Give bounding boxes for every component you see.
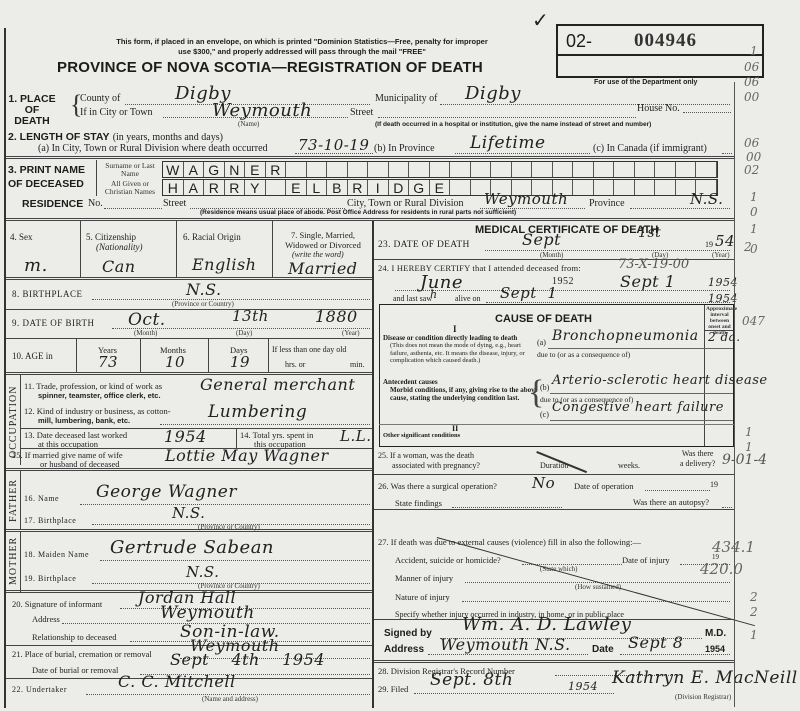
divider <box>268 338 269 372</box>
divider <box>6 338 372 339</box>
last-saw-label: and last saw <box>393 294 432 303</box>
trade-label-1: 11. Trade, profession, or kind of work a… <box>24 381 162 391</box>
cause-b-value[interactable]: Arterio-sclerotic heart disease <box>552 373 768 388</box>
letter-cell[interactable] <box>676 162 697 177</box>
year-caption: (Year) <box>342 329 360 337</box>
divider <box>374 660 734 663</box>
death-certificate: This form, if placed in an envelope, on … <box>0 0 800 711</box>
city-value[interactable]: Weymouth <box>212 100 312 121</box>
divider <box>379 424 734 425</box>
letter-cell[interactable]: I <box>368 180 389 195</box>
given-label: All Given or Christian Names <box>98 180 162 196</box>
residence-province-value[interactable]: N.S. <box>690 190 723 208</box>
letter-cell[interactable] <box>512 162 533 177</box>
municipality-label: Municipality of <box>375 93 438 104</box>
letter-cell[interactable]: R <box>204 180 225 195</box>
death-year-value[interactable]: 54 <box>715 232 735 250</box>
margin-code: 1 <box>750 44 758 58</box>
cause-a-line <box>548 348 733 349</box>
length-of-stay-heading: 2. LENGTH OF STAY (in years, months and … <box>8 131 223 143</box>
registration-number-field: 02- 004946 <box>558 26 762 56</box>
citizenship-label: 5. Citizenship <box>86 232 136 242</box>
father-side-label: FATHER <box>8 472 19 528</box>
municipality-line <box>440 104 730 105</box>
delivery-label: Was there a delivery? <box>680 449 715 469</box>
letter-cell[interactable] <box>368 162 389 177</box>
industry-label-1: 12. Kind of industry or business, as cot… <box>24 406 171 416</box>
checkmark-icon: ✓ <box>532 8 549 32</box>
registrar-signature[interactable]: Kathryn E. MacNeill <box>612 668 798 688</box>
divider <box>374 509 734 510</box>
weeks-label: weeks. <box>618 461 640 470</box>
divider <box>208 338 209 372</box>
cause-c-prefix: (c) <box>540 410 549 419</box>
operation-date-label: Date of operation <box>574 481 633 491</box>
letter-cell[interactable]: R <box>225 180 246 195</box>
spouse-label: 15. If married give name of wife or husb… <box>12 451 123 469</box>
trade-label: 11. Trade, profession, or kind of work a… <box>24 381 162 401</box>
residence-street-label: Street <box>163 198 186 209</box>
industry-label-2: mill, lumbering, bank, etc. <box>24 416 171 426</box>
informant-address-label: Address <box>32 614 60 624</box>
findings-label: State findings <box>395 498 442 508</box>
nature-label: Nature of injury <box>395 592 450 602</box>
registration-number: 004946 <box>634 30 697 52</box>
stay-province-line <box>455 153 590 154</box>
part-one-note: (This does not mean the mode of dying, e… <box>390 342 540 365</box>
margin-code: 1 <box>750 628 758 642</box>
house-label: House No. <box>637 103 680 114</box>
stay-city-label: (a) In City, Town or Rural Division wher… <box>38 143 268 154</box>
column-divider <box>372 221 374 708</box>
letter-cell[interactable]: G <box>204 162 225 177</box>
given-names-cells[interactable]: HARRYELBRIDGE <box>162 179 718 196</box>
residence-province-line <box>630 208 730 209</box>
letter-cell[interactable] <box>696 162 717 177</box>
street-line <box>378 117 636 118</box>
letter-cell[interactable] <box>307 162 328 177</box>
physician-address-label: Address <box>384 644 424 655</box>
letter-cell[interactable] <box>635 180 656 195</box>
letter-cell[interactable] <box>532 162 553 177</box>
residence-city-label: City, Town or Rural Division <box>347 198 464 209</box>
racial-origin-label: 6. Racial Origin <box>183 232 241 242</box>
delivery-label-1: Was there <box>680 449 715 459</box>
letter-cell[interactable] <box>409 162 430 177</box>
pregnancy-label-1: 25. If a woman, was the death <box>378 451 480 461</box>
dob-day-value[interactable]: 13th <box>232 307 269 325</box>
trade-label-2: spinner, teamster, office clerk, etc. <box>24 391 162 401</box>
cause-of-death-title: CAUSE OF DEATH <box>495 313 592 325</box>
mother-side-label: MOTHER <box>8 533 19 589</box>
name-divider <box>96 160 97 196</box>
letter-cell[interactable] <box>635 162 656 177</box>
age-years-value[interactable]: 73 <box>98 353 118 371</box>
certify-margin-note: 73-X-19-00 <box>618 257 689 272</box>
divider <box>140 338 141 372</box>
letter-cell[interactable] <box>450 180 471 195</box>
letter-cell[interactable] <box>594 162 615 177</box>
divider <box>6 529 372 532</box>
mother-maiden-label: 18. Maiden Name <box>24 550 89 559</box>
less-day-label: If less than one day old <box>272 345 346 354</box>
filed-label: 29. Filed <box>378 684 408 694</box>
total-years-value[interactable]: L.L. <box>340 427 371 445</box>
margin-code: 434.1 <box>712 538 755 556</box>
father-birthplace-value[interactable]: N.S. <box>172 504 205 522</box>
brace-icon: { <box>528 376 544 410</box>
due-to-label-1: due to (or as a consequence of) <box>537 350 630 359</box>
place-of-death-label: 1. PLACE OF DEATH <box>8 94 56 127</box>
injury-date-label: Date of injury <box>622 555 670 565</box>
pregnancy-label-2: associated with pregnancy? <box>378 461 480 471</box>
md-label: M.D. <box>705 628 726 639</box>
department-note: For use of the Department only <box>594 79 697 86</box>
letter-cell[interactable]: Y <box>245 180 266 195</box>
sex-label: 4. Sex <box>10 232 33 242</box>
registrar-caption: (Division Registrar) <box>675 693 731 701</box>
operation-date-line <box>645 490 710 491</box>
divider <box>236 428 237 448</box>
margin-code: 06 <box>744 136 759 150</box>
operation-year-prefix: 19 <box>710 480 718 489</box>
month-caption: (Month) <box>134 329 157 337</box>
burial-place-label: 21. Place of burial, cremation or remova… <box>12 649 152 659</box>
cause-c-line <box>550 420 733 421</box>
print-name-label: 3. PRINT NAME OF DECEASED <box>8 163 85 191</box>
industry-line <box>160 424 370 425</box>
cause-c-value[interactable]: Congestive heart failure <box>552 400 724 415</box>
death-day-value[interactable]: 1st <box>638 225 661 241</box>
divider <box>6 218 734 221</box>
letter-cell[interactable]: N <box>225 162 246 177</box>
letter-cell[interactable]: L <box>307 180 328 195</box>
part-one-label: I <box>453 324 457 334</box>
death-year-caption: (Year) <box>712 251 730 259</box>
letter-cell[interactable] <box>450 162 471 177</box>
father-name-label: 16. Name <box>24 494 59 503</box>
last-worked-label: 13. Date deceased last worked at this oc… <box>24 431 127 449</box>
manner-label: Manner of injury <box>395 573 453 583</box>
father-name-line <box>80 504 370 505</box>
letter-cell[interactable] <box>389 162 410 177</box>
margin-code: 2 <box>750 605 758 619</box>
informant-address-value[interactable]: Weymouth <box>160 603 255 623</box>
surgery-label: 26. Was there a surgical operation? <box>378 481 497 491</box>
letter-cell[interactable]: H <box>163 180 184 195</box>
stay-canada-line <box>722 153 732 154</box>
nature-line <box>462 601 730 602</box>
margin-code: 02 <box>744 163 759 177</box>
relationship-label: Relationship to deceased <box>32 632 117 642</box>
margin-code: 1 <box>750 190 758 204</box>
margin-code: 1 <box>750 222 758 236</box>
margin-code: 06 <box>744 75 759 89</box>
cause-b-prefix: (b) <box>540 383 549 392</box>
accident-label: Accident, suicide or homicide? <box>395 555 501 565</box>
letter-cell[interactable] <box>348 162 369 177</box>
cause-a-prefix: (a) <box>537 338 546 347</box>
letter-cell[interactable]: R <box>348 180 369 195</box>
letter-cell[interactable] <box>491 162 512 177</box>
alive-on-label: alive on <box>455 294 481 303</box>
place-label-text: 1. PLACE OF DEATH <box>8 93 55 127</box>
right-border <box>734 82 735 707</box>
cause-a-value[interactable]: Bronchopneumonia <box>552 328 699 344</box>
letter-cell[interactable] <box>573 162 594 177</box>
letter-cell[interactable] <box>573 180 594 195</box>
left-border <box>4 28 6 708</box>
marital-value[interactable]: Married <box>288 259 358 278</box>
undertaker-label: 22. Undertaker <box>12 685 67 694</box>
surname-cells[interactable]: WAGNER <box>162 161 718 178</box>
informant-signature-label: 20. Signature of informant <box>12 599 102 609</box>
physician-address-value[interactable]: Weymouth N.S. <box>440 635 571 654</box>
letter-cell[interactable] <box>286 162 307 177</box>
city-label: If in City or Town <box>80 107 152 118</box>
stay-city-value[interactable]: 73-10-19 <box>298 136 369 154</box>
father-name-value[interactable]: George Wagner <box>96 482 237 502</box>
notice-line-2: use $300," and properly addressed will p… <box>62 47 542 57</box>
mail-notice: This form, if placed in an envelope, on … <box>62 37 542 57</box>
surgery-value[interactable]: No <box>532 474 555 492</box>
marital-label: 7. Single, Married, Widowed or Divorced <box>276 230 370 250</box>
min-label: min. <box>350 360 364 369</box>
signature-date-line <box>620 654 730 655</box>
stay-canada-label: (c) In Canada (if immigrant) <box>593 143 707 154</box>
dob-month-value[interactable]: Oct. <box>128 310 166 330</box>
pregnancy-label: 25. If a woman, was the death associated… <box>378 451 480 471</box>
divider <box>80 221 81 277</box>
hospital-note: (If death occurred in a hospital or inst… <box>375 121 651 128</box>
residence-label: RESIDENCE <box>22 198 83 210</box>
spouse-value[interactable]: Lottie May Wagner <box>165 446 329 465</box>
letter-cell[interactable]: D <box>389 180 410 195</box>
death-month-caption: (Month) <box>540 251 563 259</box>
other-conditions-label: Other significant conditions <box>383 432 460 439</box>
house-line <box>683 112 731 113</box>
letter-cell[interactable] <box>430 162 451 177</box>
industry-label: 12. Kind of industry or business, as cot… <box>24 406 171 426</box>
stay-province-label: (b) In Province <box>374 143 435 154</box>
autopsy-label: Was there an autopsy? <box>633 497 709 507</box>
antecedent-label: Antecedent causes <box>383 378 438 386</box>
death-month-value[interactable]: Sept <box>522 230 561 249</box>
birthplace-caption: (Province or Country) <box>172 300 234 308</box>
medical-certificate-title: MEDICAL CERTIFICATE OF DEATH <box>475 224 658 236</box>
letter-cell[interactable]: E <box>286 180 307 195</box>
margin-code: 00 <box>746 150 761 164</box>
letter-cell[interactable]: B <box>327 180 348 195</box>
residence-city-value[interactable]: Weymouth <box>484 190 568 208</box>
mother-birthplace-value[interactable]: N.S. <box>186 563 219 581</box>
dob-label: 9. DATE OF BIRTH <box>12 318 94 328</box>
filed-date-value[interactable]: Sept. 8th <box>430 670 513 690</box>
letter-cell[interactable]: W <box>163 162 184 177</box>
delivery-label-2: a delivery? <box>680 459 715 469</box>
divider <box>176 221 177 277</box>
dob-year-value[interactable]: 1880 <box>315 307 358 326</box>
length-of-stay-subtitle: (in years, months and days) <box>113 132 223 143</box>
mother-birthplace-label: 19. Birthplace <box>24 574 76 583</box>
burial-date-label: Date of burial or removal <box>32 665 118 675</box>
surname-label: Surname or Last Name <box>100 162 160 178</box>
street-label: Street <box>350 107 373 118</box>
residence-no-line <box>104 208 162 209</box>
age-days-value[interactable]: 19 <box>230 353 250 371</box>
birthplace-label: 8. BIRTHPLACE <box>12 289 82 299</box>
last-worked-value[interactable]: 1954 <box>164 427 207 446</box>
physician-signature[interactable]: Wm. A. D. Lawley <box>462 614 631 635</box>
divider <box>76 338 77 372</box>
margin-code: 1 <box>745 440 753 454</box>
filed-year-value[interactable]: 1954 <box>568 680 598 693</box>
department-box: 02- 004946 <box>556 24 764 78</box>
margin-code: 420.0 <box>700 560 743 578</box>
margin-code: 00 <box>744 90 759 104</box>
citizenship-sub: (Nationality) <box>96 242 143 252</box>
letter-cell[interactable]: E <box>245 162 266 177</box>
margin-code: 047 <box>742 314 765 328</box>
signature-date-label: Date <box>592 644 614 655</box>
alive-on-line <box>486 302 730 303</box>
attended-to-value[interactable]: Sept 1 <box>620 272 675 291</box>
father-birthplace-label: 17. Birthplace <box>24 516 76 525</box>
autopsy-line <box>722 507 732 508</box>
margin-code: 2 <box>744 240 752 254</box>
letter-cell[interactable] <box>471 162 492 177</box>
burial-date-value[interactable]: Sept 4th 1954 <box>170 650 325 669</box>
birthplace-value[interactable]: N.S. <box>186 280 222 299</box>
attended-from-value[interactable]: June <box>420 272 463 293</box>
age-label: 10. AGE in <box>12 351 53 361</box>
letter-cell[interactable] <box>327 162 348 177</box>
divider <box>272 221 273 277</box>
delivery-margin-note: 9-01-4 <box>722 452 767 468</box>
margin-code: 06 <box>744 60 759 74</box>
print-name-line1: 3. PRINT NAME <box>8 163 85 177</box>
signed-by-label: Signed by <box>384 628 432 639</box>
letter-cell[interactable]: E <box>430 180 451 195</box>
racial-origin-value[interactable]: English <box>192 255 256 274</box>
undertaker-caption: (Name and address) <box>202 695 258 703</box>
physician-address-line <box>428 654 588 655</box>
letter-cell[interactable]: A <box>184 180 205 195</box>
stay-province-value[interactable]: Lifetime <box>470 133 546 153</box>
hrs-label: hrs. or <box>285 360 305 369</box>
cause-a-interval[interactable]: 2 da. <box>708 330 741 344</box>
name-caption: (Name) <box>238 120 259 128</box>
sex-value[interactable]: m. <box>24 255 48 276</box>
alive-on-value[interactable]: Sept 1 <box>500 284 557 302</box>
municipality-value[interactable]: Digby <box>465 83 521 104</box>
filed-line <box>414 693 614 694</box>
death-year-prefix: 19 <box>705 240 713 249</box>
page-title: PROVINCE OF NOVA SCOTIA—REGISTRATION OF … <box>57 59 483 76</box>
letter-cell[interactable]: G <box>409 180 430 195</box>
notice-line-1: This form, if placed in an envelope, on … <box>62 37 542 47</box>
external-causes-label: 27. If death was due to external causes … <box>378 537 641 547</box>
margin-code: 1 <box>745 425 753 439</box>
divider <box>6 468 372 471</box>
industry-value[interactable]: Lumbering <box>208 402 307 422</box>
marital-sub: (write the word) <box>292 250 344 259</box>
letter-cell[interactable]: R <box>266 162 287 177</box>
letter-cell[interactable] <box>655 180 676 195</box>
letter-cell[interactable] <box>614 162 635 177</box>
divider <box>6 645 372 646</box>
signature-date-value[interactable]: Sept 8 <box>628 633 683 652</box>
registration-prefix: 02- <box>566 31 592 52</box>
citizenship-value[interactable]: Can <box>102 257 136 276</box>
county-label: County of <box>80 93 120 104</box>
divider <box>20 471 21 529</box>
letter-cell[interactable]: A <box>184 162 205 177</box>
margin-code: 0 <box>750 205 758 219</box>
findings-line <box>452 507 562 508</box>
mother-maiden-line <box>100 560 370 561</box>
letter-cell[interactable] <box>594 180 615 195</box>
residence-province-label: Province <box>589 198 625 209</box>
length-of-stay-label: 2. LENGTH OF STAY <box>8 131 110 143</box>
date-of-death-label: 23. DATE OF DEATH <box>378 240 470 250</box>
trade-value[interactable]: General merchant <box>200 375 355 394</box>
certify-label: 24. I HEREBY CERTIFY that I attended dec… <box>378 263 581 273</box>
print-name-line2: OF DECEASED <box>8 177 85 191</box>
age-months-value[interactable]: 10 <box>165 353 185 371</box>
margin-code: 2 <box>750 590 758 604</box>
divider <box>6 156 734 159</box>
residence-note: (Residence means usual place of abode. P… <box>200 209 516 216</box>
undertaker-value[interactable]: C. C. Mitchell <box>118 672 236 691</box>
divider <box>20 532 21 592</box>
part-one-title: Disease or condition directly leading to… <box>383 334 517 342</box>
antecedent-note: Morbid conditions, if any, giving rise t… <box>390 386 538 402</box>
date-of-death-line <box>485 250 730 251</box>
mother-maiden-value[interactable]: Gertrude Sabean <box>110 537 274 558</box>
letter-cell[interactable] <box>614 180 635 195</box>
letter-cell[interactable] <box>655 162 676 177</box>
letter-cell[interactable] <box>553 162 574 177</box>
last-saw-value[interactable]: h <box>430 288 438 301</box>
cause-b-line <box>550 393 733 394</box>
residence-no-label: No. <box>88 198 103 209</box>
signature-year-value[interactable]: 1954 <box>705 644 725 654</box>
letter-cell[interactable] <box>266 180 287 195</box>
day-caption: (Day) <box>236 329 252 337</box>
